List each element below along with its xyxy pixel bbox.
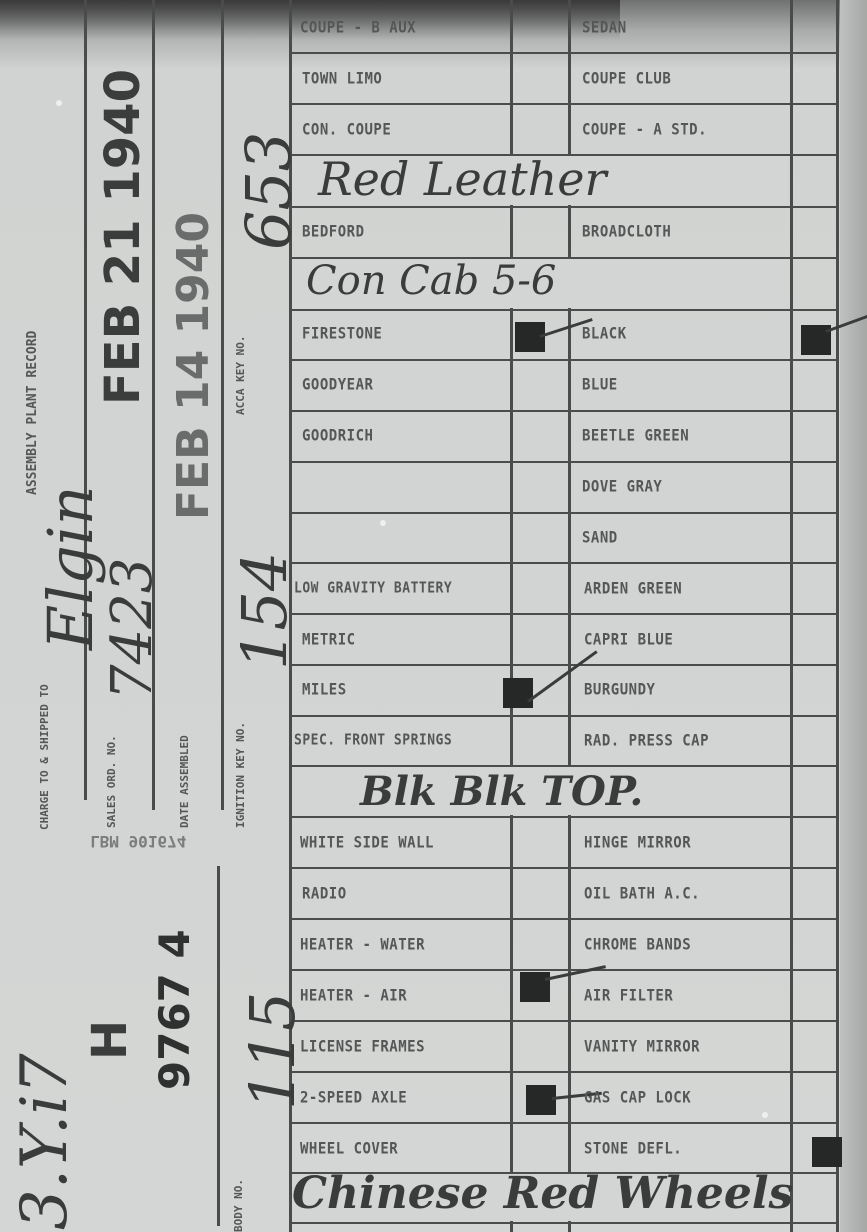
date-stamp-secondary: FEB 14 1940: [168, 212, 219, 520]
row-rule: [290, 562, 838, 564]
handwritten-model: 3.Y.i7: [8, 1053, 82, 1230]
paper-speck: [380, 520, 386, 526]
label-sales-ord-no: SALES ORD. NO.: [105, 735, 119, 828]
option-label: RADIO: [302, 885, 347, 903]
handwritten-body-type: Con Cab 5-6: [306, 258, 556, 304]
option-label: SAND: [582, 529, 618, 547]
option-label: FIRESTONE: [302, 325, 382, 343]
handwritten-shipped-to: Elgin: [34, 485, 107, 650]
option-label: VANITY MIRROR: [584, 1038, 700, 1056]
option-label: COUPE - B AUX: [300, 19, 416, 37]
option-label: GOODRICH: [302, 427, 373, 445]
handwritten-sales-ord: 7423: [100, 557, 165, 700]
label-shipped-to: CHARGE TO & SHIPPED TO: [38, 684, 52, 830]
paper-speck: [762, 1112, 768, 1118]
label-ignition-key-no: IGNITION KEY NO.: [234, 722, 248, 828]
serial-stamp: 9767 4: [150, 929, 199, 1090]
option-label: BURGUNDY: [584, 681, 655, 699]
option-label: DOVE GRAY: [582, 478, 662, 496]
left-rule-3: [221, 0, 224, 810]
row-rule: [290, 1222, 838, 1224]
option-label: BLUE: [582, 376, 618, 394]
option-label: CON. COUPE: [302, 121, 391, 139]
option-label: GAS CAP LOCK: [584, 1089, 691, 1107]
handwritten-ignition-key: 154: [228, 552, 301, 670]
option-label: BEETLE GREEN: [582, 427, 689, 445]
row-rule: [290, 715, 838, 717]
option-label: MILES: [302, 681, 347, 699]
row-rule: [290, 1122, 838, 1124]
option-label: BROADCLOTH: [582, 223, 671, 241]
row-rule: [290, 613, 838, 615]
option-label: CAPRI BLUE: [584, 631, 673, 649]
row-rule: [290, 918, 838, 920]
option-label: WHITE SIDE WALL: [300, 834, 434, 852]
option-label: RAD. PRESS CAP: [584, 732, 709, 750]
option-label: LOW GRAVITY BATTERY: [294, 580, 452, 597]
option-label: STONE DEFL.: [584, 1140, 682, 1158]
handwritten-top-color: Blk Blk TOP.: [360, 768, 643, 815]
card-edge: [840, 0, 867, 1232]
plant-record-card: COUPE - B AUX SEDAN TOWN LIMO COUPE CLUB…: [0, 0, 867, 1232]
option-label: COUPE - A STD.: [582, 121, 707, 139]
label-date-assembled: DATE ASSEMBLED: [178, 735, 192, 828]
label-body-no: BODY NO.: [232, 1179, 246, 1232]
paper-speck: [56, 100, 62, 106]
handwritten-acc-key: 653: [232, 132, 305, 250]
option-label: SEDAN: [582, 19, 627, 37]
grid-rule-right: [836, 0, 839, 1232]
handwritten-upholstery: Red Leather: [318, 152, 606, 206]
option-label: 2-SPEED AXLE: [300, 1089, 407, 1107]
date-stamp-assembled: FEB 21 1940: [95, 69, 151, 405]
option-label: BEDFORD: [302, 223, 365, 241]
row-rule: [290, 867, 838, 869]
option-label: ARDEN GREEN: [584, 580, 682, 598]
checkbox-filled: [503, 678, 533, 708]
left-rule-4: [217, 866, 220, 1226]
option-label: HEATER - WATER: [300, 936, 425, 954]
left-rule-1: [84, 0, 87, 800]
row-rule: [290, 816, 838, 818]
option-label: TOWN LIMO: [302, 70, 382, 88]
row-rule: [290, 1020, 838, 1022]
option-label: OIL BATH A.C.: [584, 885, 700, 903]
option-label: AIR FILTER: [584, 987, 673, 1005]
row-rule: [290, 410, 838, 412]
row-rule: [290, 664, 838, 666]
handwritten-wheel-color: Chinese Red Wheels: [292, 1168, 793, 1219]
option-label: COUPE CLUB: [582, 70, 671, 88]
option-label: GOODYEAR: [302, 376, 373, 394]
option-label: CHROME BANDS: [584, 936, 691, 954]
card-title: ASSEMBLY PLANT RECORD: [26, 331, 40, 495]
model-letter: H: [82, 1020, 138, 1060]
option-label: LICENSE FRAMES: [300, 1038, 425, 1056]
row-rule: [290, 52, 838, 54]
checkbox-filled: [520, 972, 550, 1002]
row-rule: [290, 1071, 838, 1073]
option-label: METRIC: [302, 631, 356, 649]
handwritten-115: 115: [236, 992, 309, 1110]
row-rule: [290, 359, 838, 361]
checkbox-filled: [812, 1137, 842, 1167]
tick-mark: [545, 965, 606, 981]
option-label: HINGE MIRROR: [584, 834, 691, 852]
label-acc-key-no: ACCA KEY NO.: [234, 336, 248, 415]
option-label: HEATER - AIR: [300, 987, 407, 1005]
option-label: WHEEL COVER: [300, 1140, 398, 1158]
grid-rule-check2: [790, 0, 793, 1232]
row-rule: [290, 461, 838, 463]
option-label: BLACK: [582, 325, 627, 343]
mirrored-stamp: LBM 901674: [90, 832, 186, 851]
row-rule: [290, 309, 838, 311]
row-rule: [290, 103, 838, 105]
row-rule: [290, 969, 838, 971]
row-rule: [290, 206, 838, 208]
row-rule: [290, 512, 838, 514]
option-label: SPEC. FRONT SPRINGS: [294, 732, 452, 749]
